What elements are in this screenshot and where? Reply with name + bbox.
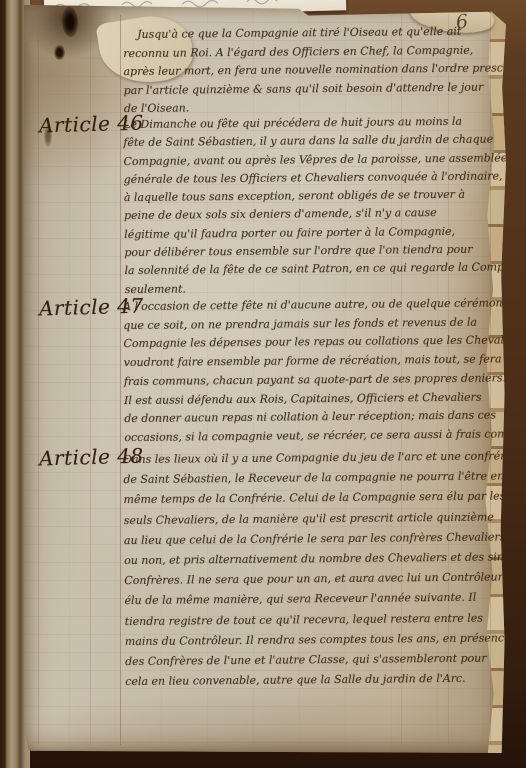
- ink-blotch-small: [54, 45, 65, 60]
- intro-paragraph: Jusqu'à ce que la Compagnie ait tiré l'O…: [123, 22, 506, 119]
- book-photo-background: 6 Article 46 Article 47 Article 48 Jusqu…: [0, 0, 526, 768]
- manuscript-line: occasions, si la compagnie veut, se récr…: [124, 425, 506, 447]
- article-48-text: Dans les lieux où il y a une Compagnie d…: [123, 446, 507, 692]
- manuscript-page: 6 Article 46 Article 47 Article 48 Jusqu…: [24, 5, 506, 753]
- article-47-text: A l'occasion de cette fête ni d'aucune a…: [123, 294, 506, 447]
- manuscript-line: cela en lieu convenable, autre que la Sa…: [125, 669, 507, 693]
- article-46-text: Le Dimanche ou fête qui précédera de hui…: [123, 112, 507, 299]
- manuscript-line: la solennité de la fête de ce saint Patr…: [124, 259, 506, 281]
- ink-blotch-large: [62, 7, 78, 37]
